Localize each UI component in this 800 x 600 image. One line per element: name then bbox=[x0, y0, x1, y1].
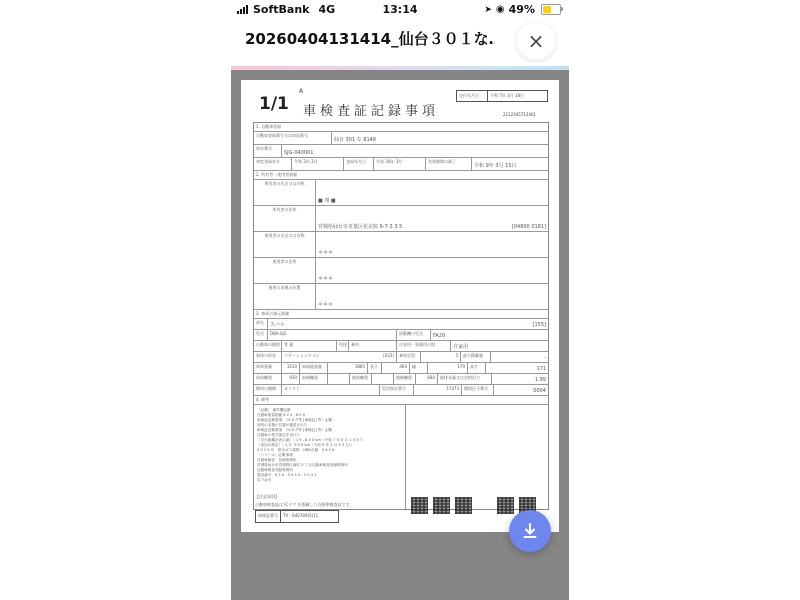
file-title: 20260404131414_仙台３０１な… bbox=[245, 28, 495, 49]
field-label: 幅 bbox=[410, 363, 428, 373]
maker-name: スバル bbox=[270, 321, 285, 328]
user-name: ＊＊＊ bbox=[316, 232, 548, 257]
footer-note: 自動車検査証は ICタグ を搭載した自動車検査証です。 bbox=[255, 502, 353, 508]
small-mark: A bbox=[299, 88, 303, 95]
field-label: 型式 bbox=[254, 330, 268, 340]
document-page: 1/1 A 車検査証記録事項 交付年月日 令和 7年 3月 18日 221234… bbox=[241, 80, 559, 532]
field-label: 車名 bbox=[254, 319, 268, 329]
weight-value: 1610 bbox=[282, 363, 300, 373]
orientation-lock-icon: ◉ bbox=[496, 4, 505, 15]
footer-heading: 【注意事項】 bbox=[255, 494, 353, 500]
document-title: 車検査証記録事項 bbox=[303, 100, 439, 119]
close-icon: × bbox=[528, 29, 545, 53]
battery-percent: 49% bbox=[509, 3, 535, 16]
vin-value: SJG-040001 bbox=[282, 145, 548, 157]
notes-blank bbox=[406, 405, 548, 509]
section-heading: 3. 車両の諸元情報 bbox=[254, 310, 548, 319]
field-label: 原動機の型式 bbox=[397, 330, 431, 340]
front-axle-value: 930 bbox=[282, 374, 300, 384]
page-indicator: 1/1 bbox=[259, 94, 289, 114]
fuel-value: ガソリン bbox=[282, 385, 380, 395]
qr-code-icon bbox=[433, 497, 450, 514]
section-heading: 4. 備考 bbox=[254, 396, 548, 404]
owner-name: ■ 翔 ■ bbox=[316, 180, 548, 205]
first-reg-value: 令和 3年 3月 bbox=[292, 158, 344, 170]
field-label: 燃料の種類 bbox=[254, 385, 282, 395]
capacity-value: 5 bbox=[421, 352, 461, 362]
field-label: 長さ bbox=[368, 363, 382, 373]
category-value: 0004 bbox=[494, 385, 548, 395]
field-label: 用途 bbox=[337, 341, 349, 351]
issue-date-box: 交付年月日 令和 7年 3月 18日 bbox=[456, 90, 548, 102]
maker-code: [155] bbox=[533, 322, 546, 328]
field-label: 所有者の住所 bbox=[254, 206, 316, 231]
field-label: 型式指定番号 bbox=[380, 385, 414, 395]
qr-code-icon bbox=[455, 497, 472, 514]
issue-date-value: 令和 7年 3月 18日 bbox=[488, 91, 526, 101]
front-rear-value bbox=[328, 374, 350, 384]
close-button[interactable]: × bbox=[517, 22, 555, 60]
qr-code-icon bbox=[497, 497, 514, 514]
width-value: 179 bbox=[428, 363, 468, 373]
field-label: 総排気量又は定格出力 bbox=[438, 374, 492, 384]
battery-icon bbox=[541, 4, 561, 15]
owner-address: 宮城県仙台市青葉区花京院 6-7-3 3 5 [04800 0181] bbox=[316, 206, 548, 231]
footer-notes: 【注意事項】 自動車検査証は ICタグ を搭載した自動車検査証です。 bbox=[255, 494, 353, 508]
field-label: 前後軸重 bbox=[300, 374, 328, 384]
phone-screen: SoftBank 4G 13:14 ➤ ◉ 49% 20260404131414… bbox=[231, 0, 569, 600]
expiry-value: 令和 9年 3月 15日 bbox=[472, 158, 548, 170]
issue-date-label: 交付年月日 bbox=[457, 91, 488, 101]
rear-rear-value: 680 bbox=[416, 374, 438, 384]
field-label: 自動車登録番号又は車両番号 bbox=[254, 132, 332, 144]
field-label: 乗車定員 bbox=[397, 352, 421, 362]
download-button[interactable] bbox=[509, 510, 551, 552]
field-label: 車台番号 bbox=[254, 145, 282, 157]
field-label: 前前軸重 bbox=[254, 374, 282, 384]
field-label: 類別区分番号 bbox=[462, 385, 494, 395]
height-value: 171 bbox=[486, 363, 548, 373]
document-id: 2212345712401 bbox=[503, 112, 536, 117]
field-label: 所有者の氏名又は名称 bbox=[254, 180, 316, 205]
engine-value: FA20 bbox=[431, 330, 548, 340]
field-label: 後前軸重 bbox=[350, 374, 372, 384]
displacement-value: 1.99 bbox=[492, 374, 548, 384]
field-label: 後後軸重 bbox=[394, 374, 416, 384]
plate-number: 仙台 301 な 8148 bbox=[332, 132, 548, 144]
section-heading: 2. 所有者・使用者情報 bbox=[254, 171, 548, 180]
body-code: [022] bbox=[383, 353, 394, 361]
field-label: 車体の形状 bbox=[254, 352, 282, 362]
notes-line: 以下余白 bbox=[257, 478, 402, 483]
field-label: 有効期間の満了 bbox=[426, 158, 472, 170]
model-value: DBA-SJG bbox=[268, 330, 397, 340]
owner-code: [04800 0181] bbox=[512, 224, 546, 230]
field-label: 最大積載量 bbox=[461, 352, 491, 362]
body-shape: ステーションワゴン bbox=[284, 353, 320, 361]
maker-value: スバル [155] bbox=[268, 319, 548, 329]
field-label: 自動車の種別 bbox=[254, 341, 282, 351]
gross-value: 1885 bbox=[328, 363, 368, 373]
download-icon bbox=[521, 522, 539, 540]
car-number-box: 車検証番号 TV・840784(0)11 bbox=[255, 510, 339, 523]
field-label: 使用者の氏名又は名称 bbox=[254, 232, 316, 257]
rear-front-value bbox=[372, 374, 394, 384]
location-arrow-icon: ➤ bbox=[484, 5, 492, 15]
registration-form: 1. 自動車登録 自動車登録番号又は車両番号 仙台 301 な 8148 車台番… bbox=[253, 122, 549, 510]
length-value: 460 bbox=[382, 363, 410, 373]
field-label: 車両重量 bbox=[254, 363, 282, 373]
type-value: 普 通 bbox=[282, 341, 337, 351]
section-heading: 1. 自動車登録 bbox=[254, 123, 548, 132]
field-label: 車両総重量 bbox=[300, 363, 328, 373]
field-label: 登録年月日 bbox=[344, 158, 374, 170]
reg-date-value: 平成 30年 3月 bbox=[374, 158, 426, 170]
car-number-label: 車検証番号 bbox=[256, 511, 281, 522]
document-viewer[interactable]: 1/1 A 車検査証記録事項 交付年月日 令和 7年 3月 18日 221234… bbox=[231, 70, 569, 600]
qr-code-icon bbox=[411, 497, 428, 514]
private-value: 自家用 bbox=[451, 341, 548, 351]
body-value: ステーションワゴン [022] bbox=[282, 352, 397, 362]
field-label: 使用者の住所 bbox=[254, 258, 316, 283]
use-value: 乗用 bbox=[349, 341, 397, 351]
field-label: 初度登録年月 bbox=[254, 158, 292, 170]
type-designation-value: 17373 bbox=[414, 385, 462, 395]
status-bar: SoftBank 4G 13:14 ➤ ◉ 49% bbox=[231, 0, 569, 20]
load-value: - bbox=[491, 352, 548, 362]
viewer-header: 20260404131414_仙台３０１な… × bbox=[231, 20, 569, 66]
base-location: ＊＊＊ bbox=[316, 284, 548, 309]
owner-address-text: 宮城県仙台市青葉区花京院 6-7-3 3 5 bbox=[318, 223, 402, 230]
user-address: ＊＊＊ bbox=[316, 258, 548, 283]
car-number-value: TV・840784(0)11 bbox=[281, 511, 320, 522]
field-label: 高さ bbox=[468, 363, 486, 373]
field-label: 自家用・事業用の別 bbox=[397, 341, 451, 351]
field-label: 使用の本拠の位置 bbox=[254, 284, 316, 309]
